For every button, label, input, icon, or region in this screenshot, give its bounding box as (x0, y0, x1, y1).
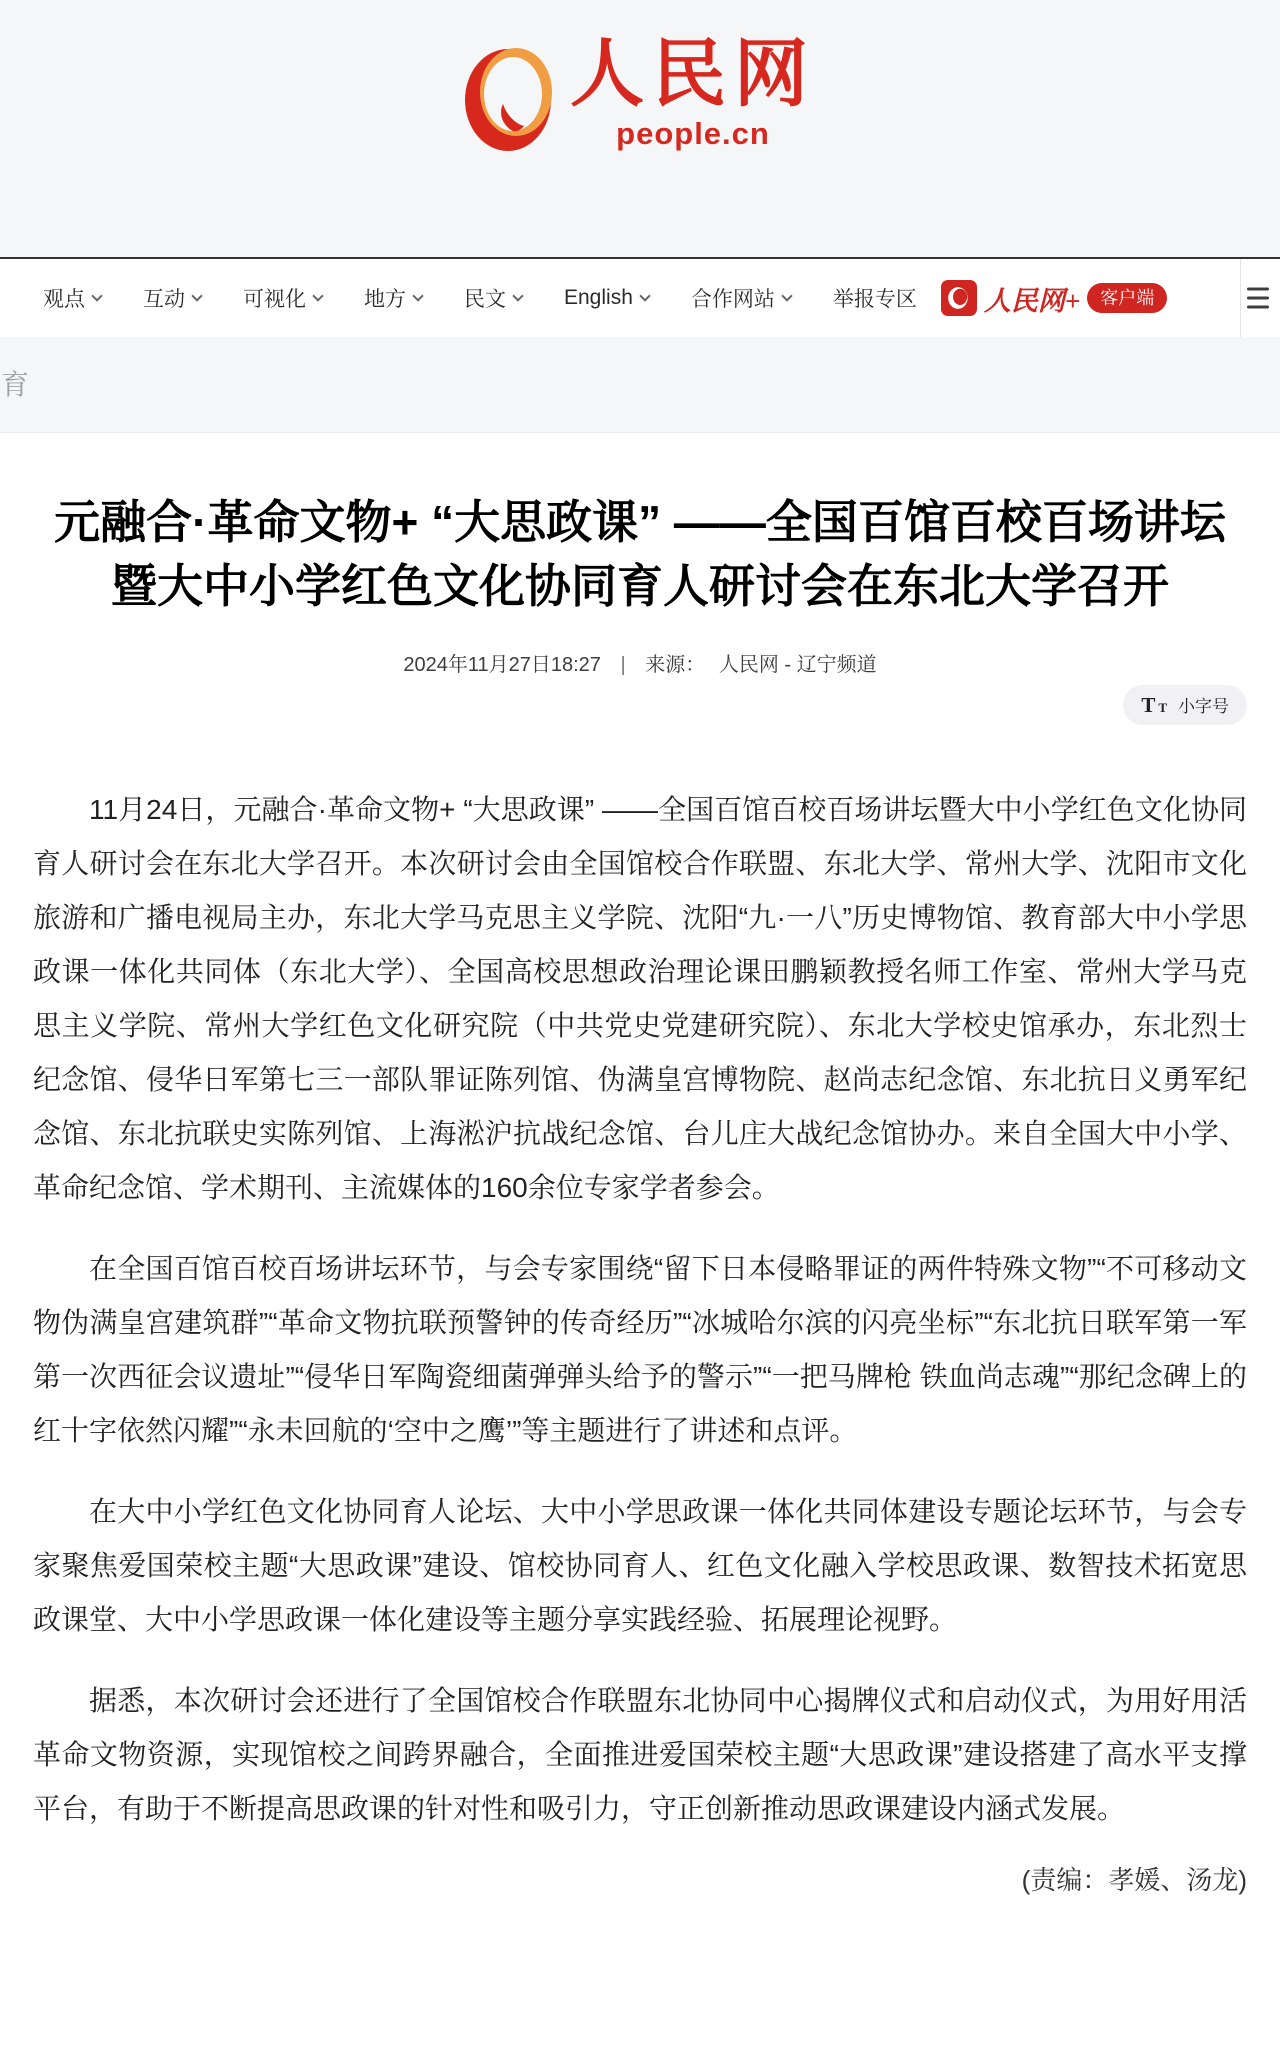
source-label: 来源： (645, 654, 705, 676)
logo-cn: 人民网 (570, 34, 816, 116)
chevron-down-icon (412, 290, 423, 301)
font-size-label: 小字号 (1178, 692, 1229, 717)
article: 元融合·革命文物+ “大思政课” ——全国百馆百校百场讲坛暨大中小学红色文化协同… (0, 490, 1280, 1913)
nav-list: 观点 互动 可视化 地方 民文 English 合作网站 举报专区 (43, 283, 917, 313)
font-size-button[interactable]: T T 小字号 (1123, 685, 1247, 725)
hamburger-menu-icon[interactable] (1243, 284, 1273, 313)
logo-en: people.cn (616, 118, 770, 150)
nav-item-label: 可视化 (243, 283, 306, 313)
meta-separator: | (621, 654, 626, 676)
people-plus-icon (941, 280, 977, 316)
main-nav: 观点 互动 可视化 地方 民文 English 合作网站 举报专区 人民网+ 客… (0, 259, 1280, 337)
chevron-down-icon (191, 290, 202, 301)
nav-item-label: 合作网站 (691, 283, 775, 313)
paragraph: 在大中小学红色文化协同育人论坛、大中小学思政课一体化共同体建设专题论坛环节，与会… (33, 1485, 1247, 1647)
nav-item-hudong[interactable]: 互动 (143, 283, 201, 313)
people-app-badge[interactable]: 人民网+ 客户端 (941, 279, 1167, 318)
nav-item-difang[interactable]: 地方 (364, 283, 422, 313)
chevron-down-icon (639, 290, 650, 301)
editor-note: (责编：孝媛、汤龙) (33, 1863, 1247, 1913)
chevron-down-icon (781, 290, 792, 301)
nav-item-minwen[interactable]: 民文 (464, 283, 522, 313)
chevron-down-icon (512, 290, 523, 301)
app-badge-brand: 人民网+ (984, 279, 1080, 318)
font-size-icon-small: T (1158, 700, 1167, 716)
paragraph: 在全国百馆百校百场讲坛环节，与会专家围绕“留下日本侵略罪证的两件特殊文物”“不可… (33, 1242, 1247, 1458)
nav-item-keshihua[interactable]: 可视化 (243, 283, 322, 313)
chevron-down-icon (312, 290, 323, 301)
nav-item-label: 民文 (464, 283, 506, 313)
nav-item-hezuowangzhan[interactable]: 合作网站 (691, 283, 791, 313)
site-header: 人民网 people.cn (0, 0, 1280, 259)
page-title: 元融合·革命文物+ “大思政课” ——全国百馆百校百场讲坛暨大中小学红色文化协同… (33, 490, 1247, 618)
nav-item-label: 观点 (43, 283, 85, 313)
channel-link-label: 体育 (0, 369, 29, 401)
channel-strip: 体育 (0, 337, 1280, 433)
paragraph: 据悉，本次研讨会还进行了全国馆校合作联盟东北协同中心揭牌仪式和启动仪式，为用好用… (33, 1674, 1247, 1836)
logo-text: 人民网 people.cn (570, 34, 816, 150)
article-toolbar: T T 小字号 (33, 685, 1247, 725)
nav-item-label: 互动 (143, 283, 185, 313)
app-badge-client-pill: 客户端 (1087, 283, 1167, 313)
article-meta: 2024年11月27日18:27 | 来源： 人民网 - 辽宁频道 (33, 648, 1247, 677)
channel-link-clipped[interactable]: 体育 (0, 369, 29, 403)
font-size-icon: T (1141, 693, 1155, 718)
site-logo[interactable]: 人民网 people.cn (464, 34, 816, 257)
nav-item-jubaozhuanqu[interactable]: 举报专区 (833, 283, 917, 313)
nav-item-english[interactable]: English (564, 286, 649, 310)
nav-item-label: English (564, 286, 633, 310)
nav-item-guandian[interactable]: 观点 (43, 283, 101, 313)
publish-datetime: 2024年11月27日18:27 (403, 654, 601, 676)
nav-item-label: 地方 (364, 283, 406, 313)
nav-divider (1240, 259, 1241, 337)
chevron-down-icon (91, 290, 102, 301)
nav-item-label: 举报专区 (833, 283, 917, 313)
people-logo-icon (464, 34, 556, 152)
source-link[interactable]: 人民网 - 辽宁频道 (719, 654, 877, 676)
paragraph: 11月24日，元融合·革命文物+ “大思政课” ——全国百馆百校百场讲坛暨大中小… (33, 783, 1247, 1215)
article-body: 11月24日，元融合·革命文物+ “大思政课” ——全国百馆百校百场讲坛暨大中小… (33, 783, 1247, 1836)
page: 人民网 people.cn 观点 互动 可视化 地方 民文 English 合作… (0, 0, 1280, 2046)
